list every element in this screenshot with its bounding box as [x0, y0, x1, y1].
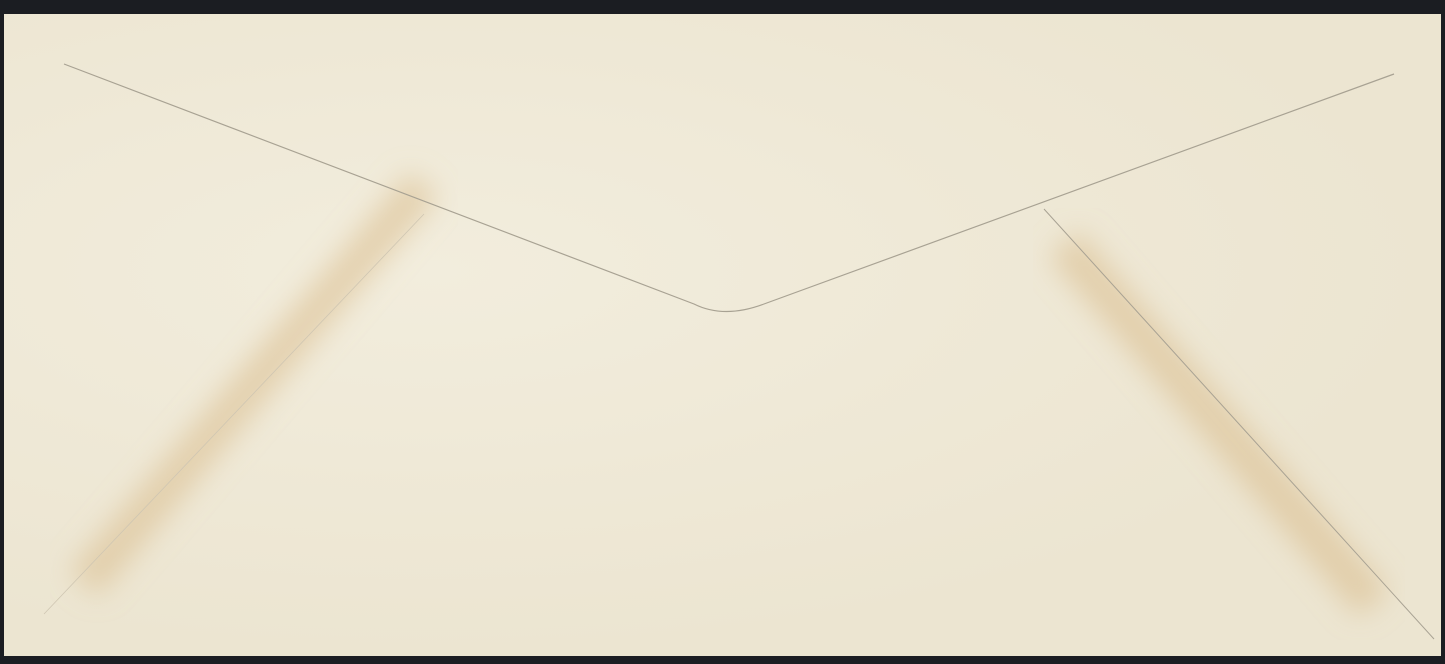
right-seam — [1044, 209, 1434, 639]
glue-stain-right — [1064, 244, 1374, 604]
flap-edge — [64, 64, 1394, 312]
left-seam — [44, 214, 424, 614]
envelope-back — [4, 14, 1441, 656]
envelope-flap-lines — [4, 14, 1441, 656]
glue-stain-left — [84, 184, 424, 584]
